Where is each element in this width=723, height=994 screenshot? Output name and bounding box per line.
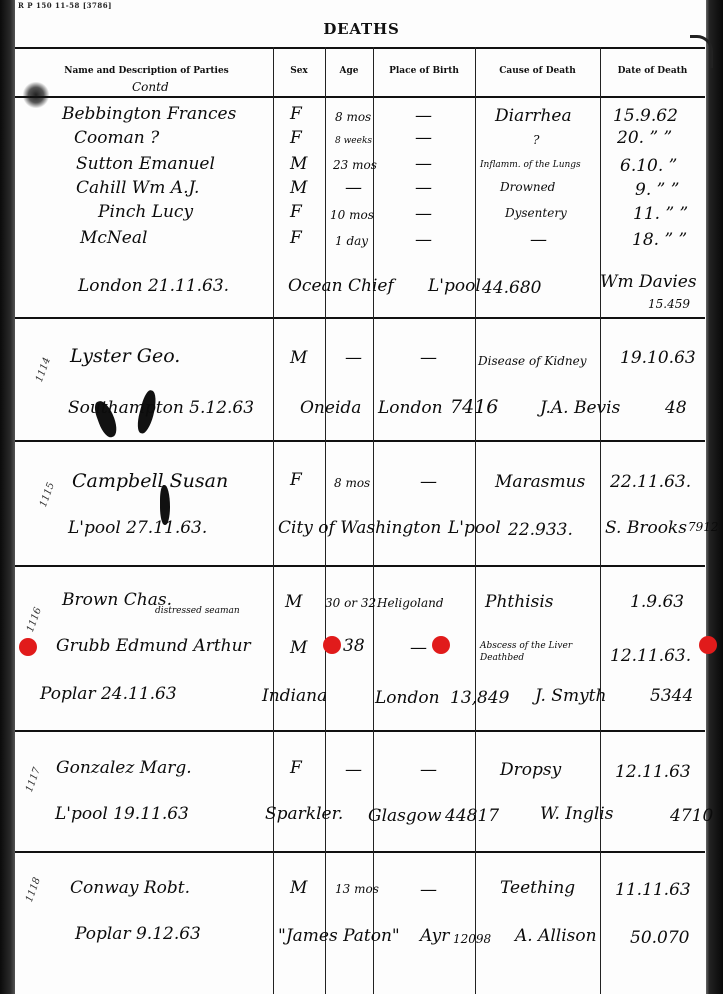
scan-edge-right bbox=[706, 0, 723, 994]
entry-age: 38 bbox=[343, 636, 365, 656]
entry-place-of-birth: — bbox=[415, 230, 432, 250]
entry-place-of-birth: — bbox=[420, 760, 437, 780]
voyage-port-date: Poplar 24.11.63 bbox=[40, 684, 177, 704]
voyage-ship: "James Paton" bbox=[278, 926, 400, 946]
group-separator bbox=[15, 730, 705, 732]
voyage-port: London bbox=[378, 398, 443, 418]
voyage-port: Glasgow bbox=[368, 806, 442, 826]
entry-date: 20. ” ” bbox=[617, 128, 672, 148]
entry-cause: Abscess of the Liver Deathbed bbox=[480, 640, 595, 664]
voyage-port-date: L'pool 19.11.63 bbox=[55, 804, 189, 824]
entry-place-of-birth: — bbox=[420, 472, 437, 492]
entry-place-of-birth: — bbox=[420, 348, 437, 368]
voyage-official-no: 22.933. bbox=[508, 520, 573, 540]
entry-age: 1 day bbox=[335, 234, 368, 248]
register-number: 1118 bbox=[24, 876, 43, 904]
red-marker-dot[interactable] bbox=[699, 636, 717, 654]
column-header-date-of-death: Date of Death bbox=[600, 66, 705, 76]
scan-edge-left bbox=[0, 0, 15, 994]
voyage-port: London bbox=[375, 688, 440, 708]
voyage-official-no: 44817 bbox=[445, 806, 499, 826]
voyage-port-date: London 21.11.63. bbox=[78, 276, 229, 296]
group-separator bbox=[15, 317, 705, 319]
entry-age: — bbox=[345, 348, 362, 368]
entry-sex: F bbox=[290, 470, 302, 490]
entry-name: Bebbington Frances bbox=[62, 104, 236, 124]
form-code: R P 150 11-58 [3786] bbox=[18, 1, 112, 10]
entry-date: 9. ” ” bbox=[635, 180, 679, 200]
entry-cause: Disease of Kidney bbox=[478, 354, 587, 368]
entry-name: McNeal bbox=[80, 228, 147, 248]
voyage-port-date: Southampton 5.12.63 bbox=[68, 398, 254, 418]
voyage-ship: Ocean Chief bbox=[288, 276, 394, 296]
voyage-official-no: 7416 bbox=[450, 396, 498, 418]
register-number: 1114 bbox=[34, 356, 53, 384]
entry-cause: Phthisis bbox=[485, 592, 554, 612]
entry-age: 8 mos bbox=[334, 476, 370, 490]
voyage-port: L'pool bbox=[428, 276, 481, 296]
entry-date: 12.11.63. bbox=[610, 646, 691, 666]
entry-age: 10 mos bbox=[330, 208, 374, 222]
entry-cause: Marasmus bbox=[495, 472, 585, 492]
entry-cause: — bbox=[530, 230, 547, 250]
entry-age: 8 mos bbox=[335, 110, 371, 124]
voyage-ship: Oneida bbox=[300, 398, 361, 418]
voyage-port-date: Poplar 9.12.63 bbox=[75, 924, 201, 944]
header-top-rule bbox=[15, 47, 705, 49]
entry-cause: Dropsy bbox=[500, 760, 561, 780]
voyage-official-no: 12098 bbox=[453, 932, 491, 946]
entry-cause: Dysentery bbox=[505, 206, 567, 220]
voyage-master-cert: 48 bbox=[665, 398, 687, 418]
entry-cause: Teething bbox=[500, 878, 575, 898]
entry-age: — bbox=[345, 178, 362, 198]
voyage-master: A. Allison bbox=[515, 926, 597, 946]
contd-note: Contd bbox=[132, 80, 169, 94]
entry-name: Lyster Geo. bbox=[70, 345, 180, 367]
entry-sex: M bbox=[290, 348, 307, 368]
voyage-master: S. Brooks bbox=[605, 518, 687, 538]
entry-date: 22.11.63. bbox=[610, 472, 691, 492]
column-divider bbox=[273, 47, 274, 994]
voyage-master-cert: 7912 bbox=[688, 520, 719, 534]
entry-name: Sutton Emanuel bbox=[76, 154, 215, 174]
entry-cause: Diarrhea bbox=[495, 106, 572, 126]
entry-date: 18. ” ” bbox=[632, 230, 687, 250]
entry-date: 19.10.63 bbox=[620, 348, 696, 368]
entry-sex: M bbox=[290, 154, 307, 174]
voyage-master: W. Inglis bbox=[540, 804, 613, 824]
entry-cause: ? bbox=[533, 133, 539, 147]
entry-sex: M bbox=[290, 878, 307, 898]
group-separator bbox=[15, 440, 705, 442]
ink-smudge bbox=[22, 82, 50, 108]
column-header-name: Name and Description of Parties bbox=[20, 66, 273, 76]
entry-name: Campbell Susan bbox=[72, 470, 228, 492]
entry-name: Conway Robt. bbox=[70, 878, 190, 898]
page-title: DEATHS bbox=[0, 20, 723, 38]
voyage-ship: Indiana bbox=[262, 686, 327, 706]
entry-date: 15.9.62 bbox=[613, 106, 678, 126]
register-number: 1115 bbox=[38, 481, 57, 509]
entry-sex: F bbox=[290, 758, 302, 778]
voyage-port-date: L'pool 27.11.63. bbox=[68, 518, 207, 538]
column-divider bbox=[600, 47, 601, 994]
entry-sex: M bbox=[290, 638, 307, 658]
red-marker-dot[interactable] bbox=[323, 636, 341, 654]
entry-age: 23 mos bbox=[333, 158, 377, 172]
entry-age: 13 mos bbox=[335, 882, 379, 896]
voyage-master: J. Smyth bbox=[535, 686, 606, 706]
entry-sex: M bbox=[290, 178, 307, 198]
entry-place-of-birth: — bbox=[410, 638, 427, 658]
register-number: 1116 bbox=[25, 606, 44, 634]
entry-cause: Inflamm. of the Lungs bbox=[480, 160, 581, 170]
group-separator bbox=[15, 565, 705, 567]
voyage-port: Ayr bbox=[420, 926, 449, 946]
entry-place-of-birth: — bbox=[415, 178, 432, 198]
entry-date: 1.9.63 bbox=[630, 592, 684, 612]
entry-place-of-birth: — bbox=[415, 204, 432, 224]
voyage-official-no: 44.680 bbox=[482, 278, 541, 298]
voyage-master-cert: 5344 bbox=[650, 686, 693, 706]
entry-note: distressed seaman bbox=[155, 606, 240, 616]
entry-sex: F bbox=[290, 202, 302, 222]
voyage-ship: Sparkler. bbox=[265, 804, 343, 824]
column-header-age: Age bbox=[325, 66, 373, 76]
entry-place-of-birth: — bbox=[420, 880, 437, 900]
red-marker-dot[interactable] bbox=[19, 638, 37, 656]
voyage-master-cert: 4710 bbox=[670, 806, 713, 826]
entry-name: Cooman ? bbox=[74, 128, 159, 148]
voyage-master-cert: 50.070 bbox=[630, 928, 689, 948]
entry-date: 12.11.63 bbox=[615, 762, 691, 782]
group-separator bbox=[15, 851, 705, 853]
column-header-sex: Sex bbox=[273, 66, 325, 76]
entry-name: Pinch Lucy bbox=[98, 202, 193, 222]
entry-sex: F bbox=[290, 228, 302, 248]
entry-sex: F bbox=[290, 104, 302, 124]
voyage-master: J.A. Bevis bbox=[540, 398, 620, 418]
entry-age: 30 or 32 bbox=[325, 596, 376, 610]
entry-name: Gonzalez Marg. bbox=[56, 758, 192, 778]
entry-place-of-birth: — bbox=[415, 128, 432, 148]
entry-age: — bbox=[345, 760, 362, 780]
entry-place-of-birth: — bbox=[415, 154, 432, 174]
entry-date: 6.10. ” bbox=[620, 156, 677, 176]
entry-place-of-birth: Heligoland bbox=[377, 596, 444, 610]
entry-sex: F bbox=[290, 128, 302, 148]
entry-place-of-birth: — bbox=[415, 106, 432, 126]
voyage-official-no: 13,849 bbox=[450, 688, 509, 708]
entry-date: 11.11.63 bbox=[615, 880, 691, 900]
column-header-place-of-birth: Place of Birth bbox=[373, 66, 475, 76]
entry-age: 8 weeks bbox=[335, 136, 372, 146]
entry-cause: Drowned bbox=[500, 180, 555, 194]
voyage-port: L'pool bbox=[448, 518, 501, 538]
column-header-cause-of-death: Cause of Death bbox=[475, 66, 600, 76]
voyage-ship: City of Washington bbox=[278, 518, 441, 538]
header-bottom-rule bbox=[15, 96, 705, 98]
entry-name: Grubb Edmund Arthur bbox=[56, 636, 251, 656]
red-marker-dot[interactable] bbox=[432, 636, 450, 654]
entry-date: 11. ” ” bbox=[633, 204, 688, 224]
register-number: 1117 bbox=[24, 766, 43, 794]
entry-sex: M bbox=[285, 592, 302, 612]
voyage-master-cert: 15.459 bbox=[648, 297, 690, 311]
voyage-master: Wm Davies bbox=[600, 272, 697, 292]
entry-name: Cahill Wm A.J. bbox=[76, 178, 199, 198]
